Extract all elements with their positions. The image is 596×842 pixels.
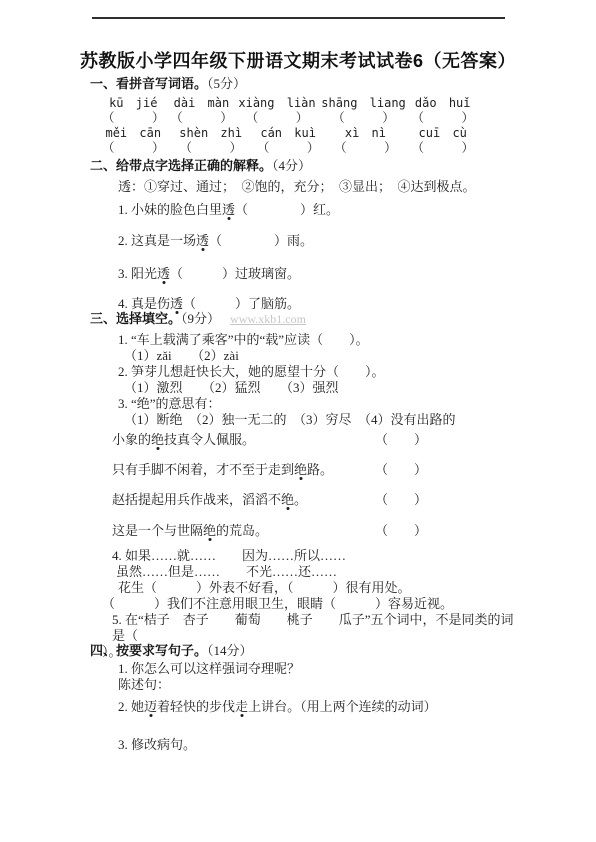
sentence-text: 赵括提起用兵作战来，滔滔不绝。 (112, 492, 307, 507)
header-rule (92, 17, 505, 19)
pinyin-word: kū jié (102, 96, 165, 111)
pinyin-word-cell: dǎo huǐ （ ） (411, 96, 474, 126)
pinyin-word-cell: xiàng liàn （ ） (238, 96, 315, 126)
s3-q4-line-3: 花生（ ）外表不好看，（ ）很有用处。 (90, 580, 520, 596)
pinyin-row-2: měi cān （ ） shèn zhì （ ） cán kuì （ ） xì … (102, 126, 474, 156)
s4-q3: 3. 修改病句。 (90, 737, 520, 753)
pinyin-word: shèn zhì (179, 126, 242, 141)
s3-q3: 3. “绝”的意思有： (90, 396, 520, 412)
pinyin-word: xì nì (334, 126, 397, 141)
s3-q3-sentence-1: 小象的绝技真令人佩服。 （ ） (90, 432, 520, 448)
s3-q3-options: （1）断绝 （2）独一无二的 （3）穷尽 （4）没有出路的 (90, 412, 520, 428)
s3-q1-options: （1）zǎi （2）zài (90, 348, 520, 364)
pinyin-word-cell: cuī cù （ ） (411, 126, 474, 156)
pinyin-word: shāng liang (321, 96, 405, 111)
s3-q2-options: （1）激烈 （2）猛烈 （3）强烈 (90, 380, 520, 396)
answer-blank: （ ） (375, 432, 427, 448)
section-word-meaning: 二、给带点字选择正确的解释。（4分） 透：①穿过、通过； ②饱的，充分； ③显出… (90, 158, 520, 312)
definition-line: 透：①穿过、通过； ②饱的，充分； ③显出； ④达到极点。 (90, 178, 520, 195)
pinyin-word: xiàng liàn (238, 96, 315, 111)
section-4-heading: 四、按要求写句子。（14分） (90, 643, 520, 659)
pinyin-word-cell: shèn zhì （ ） (179, 126, 242, 156)
answer-blank: （ ） (238, 111, 315, 126)
pinyin-block: kū jié （ ） dài màn （ ） xiàng liàn （ ） sh… (102, 96, 474, 156)
section-3-heading: 三、选择填空。（9分）www.xkb1.com (90, 311, 520, 327)
sentence-text: 只有手脚不闲着，才不至于走到绝路。 (112, 462, 333, 477)
s3-q4-line-1: 4. 如果……就…… 因为……所以…… (90, 548, 520, 564)
section-1-score: （5分） (207, 76, 246, 91)
answer-blank: （ ） (102, 141, 165, 156)
s2-item-1: 1. 小妹的脸色白里透（ ）红。 (90, 201, 520, 218)
section-4-heading-text: 四、按要求写句子。 (90, 643, 207, 658)
s3-q4-line-2: 虽然……但是…… 不光……还…… (90, 564, 520, 580)
section-2-heading-text: 二、给带点字选择正确的解释。 (90, 158, 272, 173)
s2-item-3: 3. 阳光透（ ）过玻璃窗。 (90, 265, 520, 282)
answer-blank: （ ） (334, 141, 397, 156)
s3-q3-sentence-2: 只有手脚不闲着，才不至于走到绝路。 （ ） (90, 462, 520, 478)
pinyin-row-1: kū jié （ ） dài màn （ ） xiàng liàn （ ） sh… (102, 96, 474, 126)
answer-blank: （ ） (375, 492, 427, 508)
s3-q3-sentence-4: 这是一个与世隔绝的荒岛。 （ ） (90, 523, 520, 539)
pinyin-word: dǎo huǐ (411, 96, 474, 111)
section-sentence-writing: 四、按要求写句子。（14分） 1. 你怎么可以这样强词夺理呢？ 陈述句： 2. … (90, 643, 520, 753)
s2-item-2: 2. 这真是一场透（ ）雨。 (90, 232, 520, 249)
s3-q4-line-4: （ ）我们不注意用眼卫生，眼睛（ ）容易近视。 (90, 596, 520, 612)
sentence-text: 小象的绝技真令人佩服。 (112, 432, 255, 447)
s3-q2: 2. 笋芽儿想赶快长大，她的愿望十分（ ）。 (90, 364, 520, 380)
s3-q5-line-1: 5. 在“桔子 杏子 葡萄 桃子 瓜子”五个词中，不是同类的词是（ (90, 612, 520, 644)
s3-q3-sentence-3: 赵括提起用兵作战来，滔滔不绝。 （ ） (90, 492, 520, 508)
s3-q1: 1. “车上载满了乘客”中的“载”应读（ ）。 (90, 332, 520, 348)
s2-item-4: 4. 真是伤透（ ）了脑筋。 (90, 295, 520, 312)
pinyin-word: cuī cù (411, 126, 474, 141)
answer-blank: （ ） (375, 462, 427, 478)
pinyin-word-cell: shāng liang （ ） (321, 96, 405, 126)
section-1-heading: 一、看拼音写词语。（5分） (90, 76, 520, 92)
s4-q1-sub: 陈述句： (90, 677, 520, 693)
page-title: 苏教版小学四年级下册语文期末考试试卷6（无答案） (0, 47, 596, 73)
answer-blank: （ ） (170, 111, 233, 126)
answer-blank: （ ） (321, 111, 405, 126)
exam-paper-page: 苏教版小学四年级下册语文期末考试试卷6（无答案） 一、看拼音写词语。（5分） k… (0, 0, 596, 842)
section-3-heading-text: 三、选择填空。 (90, 311, 181, 326)
pinyin-word-cell: cán kuì （ ） (257, 126, 320, 156)
answer-blank: （ ） (411, 141, 474, 156)
s4-q1: 1. 你怎么可以这样强词夺理呢？ (90, 661, 520, 677)
watermark-link: www.xkb1.com (230, 312, 306, 326)
s4-q2: 2. 她迈着轻快的步伐走上讲台。（用上两个连续的动词） (90, 699, 520, 715)
section-choice-fill: 三、选择填空。（9分）www.xkb1.com 1. “车上载满了乘客”中的“载… (90, 311, 520, 660)
section-2-heading: 二、给带点字选择正确的解释。（4分） (90, 158, 520, 174)
section-3-score: （9分） (181, 311, 220, 326)
answer-blank: （ ） (375, 523, 427, 539)
pinyin-word: cán kuì (257, 126, 320, 141)
answer-blank: （ ） (411, 111, 474, 126)
answer-blank: （ ） (102, 111, 165, 126)
section-pinyin: 一、看拼音写词语。（5分） kū jié （ ） dài màn （ ） xià… (90, 76, 520, 156)
section-1-heading-text: 一、看拼音写词语。 (90, 76, 207, 91)
pinyin-word: měi cān (102, 126, 165, 141)
pinyin-word-cell: xì nì （ ） (334, 126, 397, 156)
section-2-score: （4分） (272, 158, 311, 173)
pinyin-word-cell: měi cān （ ） (102, 126, 165, 156)
pinyin-word-cell: kū jié （ ） (102, 96, 165, 126)
sentence-text: 这是一个与世隔绝的荒岛。 (112, 523, 268, 538)
answer-blank: （ ） (257, 141, 320, 156)
section-4-score: （14分） (207, 643, 253, 658)
pinyin-word-cell: dài màn （ ） (170, 96, 233, 126)
answer-blank: （ ） (179, 141, 242, 156)
pinyin-word: dài màn (170, 96, 233, 111)
